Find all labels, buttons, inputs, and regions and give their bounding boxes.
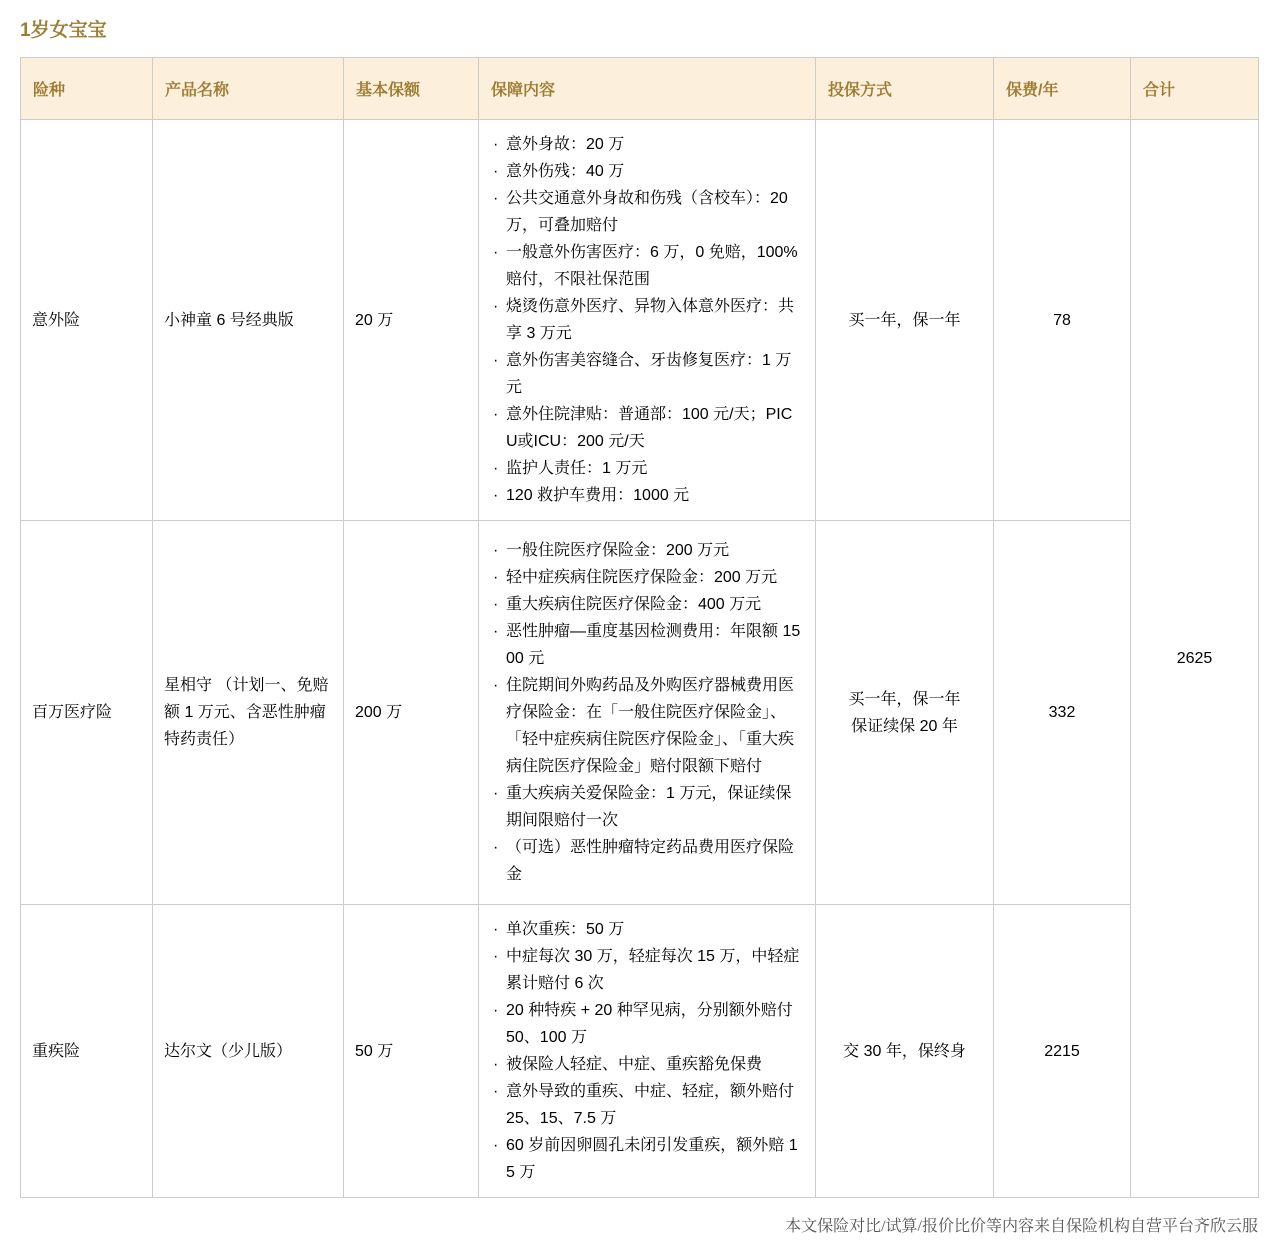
cell-insurance-type: 重疾险 [21,905,153,1198]
cell-product-name: 小神童 6 号经典版 [153,120,344,521]
footer-disclaimer: 本文保险对比/试算/报价比价等内容来自保险机构自营平台齐欣云服 [0,1216,1258,1238]
page-title: 1岁女宝宝 [20,20,1280,42]
column-header-premium-per-year: 保费/年 [994,58,1131,120]
coverage-item: 120 救护车费用：1000 元 [491,482,801,509]
coverage-item: 意外伤害美容缝合、牙齿修复医疗：1 万元 [491,347,801,401]
coverage-item: 恶性肿瘤—重度基因检测费用：年限额 1500 元 [491,618,801,672]
coverage-item: 住院期间外购药品及外购医疗器械费用医疗保险金：在「一般住院医疗保险金」、「轻中症… [491,672,801,780]
column-header-total: 合计 [1131,58,1259,120]
method-line: 买一年，保一年 [820,307,989,334]
column-header-insurance-type: 险种 [21,58,153,120]
coverage-item: 重大疾病关爱保险金：1 万元，保证续保期间限赔付一次 [491,780,801,834]
cell-insurance-type: 意外险 [21,120,153,521]
coverage-item: （可选）恶性肿瘤特定药品费用医疗保险金 [491,834,801,888]
cell-coverage: 一般住院医疗保险金：200 万元轻中症疾病住院医疗保险金：200 万元重大疾病住… [479,521,816,905]
coverage-item: 轻中症疾病住院医疗保险金：200 万元 [491,564,801,591]
coverage-item: 监护人责任：1 万元 [491,455,801,482]
method-line: 交 30 年，保终身 [820,1038,989,1065]
coverage-list: 意外身故：20 万意外伤残：40 万公共交通意外身故和伤残（含校车）：20 万，… [491,131,801,509]
coverage-item: 单次重疾：50 万 [491,916,801,943]
method-line: 保证续保 20 年 [820,713,989,740]
coverage-list: 一般住院医疗保险金：200 万元轻中症疾病住院医疗保险金：200 万元重大疾病住… [491,537,801,888]
coverage-item: 一般住院医疗保险金：200 万元 [491,537,801,564]
cell-method: 买一年，保一年保证续保 20 年 [816,521,994,905]
coverage-item: 公共交通意外身故和伤残（含校车）：20 万，可叠加赔付 [491,185,801,239]
coverage-item: 60 岁前因卵圆孔未闭引发重疾，额外赔 15 万 [491,1132,801,1186]
method-line: 买一年，保一年 [820,686,989,713]
cell-coverage: 意外身故：20 万意外伤残：40 万公共交通意外身故和伤残（含校车）：20 万，… [479,120,816,521]
column-header-base-amount: 基本保额 [344,58,479,120]
coverage-item: 被保险人轻症、中症、重疾豁免保费 [491,1051,801,1078]
cell-base-amount: 200 万 [344,521,479,905]
cell-product-name: 达尔文（少儿版） [153,905,344,1198]
coverage-item: 意外导致的重疾、中症、轻症，额外赔付25、15、7.5 万 [491,1078,801,1132]
cell-coverage: 单次重疾：50 万中症每次 30 万，轻症每次 15 万，中轻症累计赔付 6 次… [479,905,816,1198]
cell-base-amount: 50 万 [344,905,479,1198]
coverage-item: 中症每次 30 万，轻症每次 15 万，中轻症累计赔付 6 次 [491,943,801,997]
coverage-item: 重大疾病住院医疗保险金：400 万元 [491,591,801,618]
cell-total: 2625 [1131,120,1259,1198]
cell-premium: 2215 [994,905,1131,1198]
coverage-item: 意外身故：20 万 [491,131,801,158]
coverage-item: 意外住院津贴：普通部：100 元/天；PICU或ICU：200 元/天 [491,401,801,455]
cell-insurance-type: 百万医疗险 [21,521,153,905]
column-header-coverage: 保障内容 [479,58,816,120]
cell-method: 买一年，保一年 [816,120,994,521]
header-row: 险种 产品名称 基本保额 保障内容 投保方式 保费/年 合计 [21,58,1259,120]
cell-premium: 332 [994,521,1131,905]
cell-product-name: 星相守 （计划一、免赔额 1 万元、含恶性肿瘤特药责任） [153,521,344,905]
coverage-item: 意外伤残：40 万 [491,158,801,185]
insurance-compare-table: 险种 产品名称 基本保额 保障内容 投保方式 保费/年 合计 意外险小神童 6 … [20,57,1259,1198]
cell-method: 交 30 年，保终身 [816,905,994,1198]
cell-premium: 78 [994,120,1131,521]
coverage-item: 一般意外伤害医疗：6 万，0 免赔，100% 赔付，不限社保范围 [491,239,801,293]
table-row: 意外险小神童 6 号经典版20 万意外身故：20 万意外伤残：40 万公共交通意… [21,120,1259,521]
coverage-item: 20 种特疾 + 20 种罕见病，分别额外赔付 50、100 万 [491,997,801,1051]
cell-base-amount: 20 万 [344,120,479,521]
coverage-item: 烧烫伤意外医疗、异物入体意外医疗：共享 3 万元 [491,293,801,347]
table-row: 重疾险达尔文（少儿版）50 万单次重疾：50 万中症每次 30 万，轻症每次 1… [21,905,1259,1198]
column-header-method: 投保方式 [816,58,994,120]
table-row: 百万医疗险星相守 （计划一、免赔额 1 万元、含恶性肿瘤特药责任）200 万一般… [21,521,1259,905]
coverage-list: 单次重疾：50 万中症每次 30 万，轻症每次 15 万，中轻症累计赔付 6 次… [491,916,801,1186]
column-header-product-name: 产品名称 [153,58,344,120]
